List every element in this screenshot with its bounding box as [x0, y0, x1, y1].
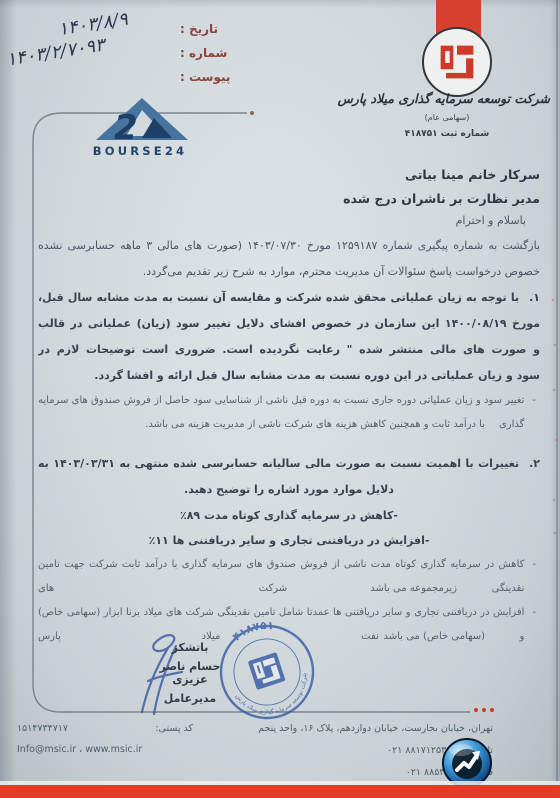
- item-1-marker: ۱.: [529, 285, 540, 311]
- footer-red-strip: [0, 785, 560, 798]
- highlight-line: -کاهش در سرمایه گذاری کوتاه مدت ۸۹٪: [38, 503, 540, 528]
- item-2-marker: ۲.: [529, 451, 540, 477]
- body-line: تغییرات با اهمیت نسبت به صورت مالی سالیا…: [38, 451, 519, 477]
- footer-contact-left: کد پستی: ۱۵۱۴۷۳۴۷۱۷ Info@msic.ir ، www.m…: [17, 719, 193, 761]
- red-dot: [474, 708, 478, 712]
- body-line: کاهش در سرمایه گذاری کوتاه مدت ناشی از ف…: [38, 553, 524, 577]
- scan-edge-left: [0, 0, 16, 798]
- scan-edge-line: [556, 0, 558, 798]
- numbered-item-2: ۲. تغییرات با اهمیت نسبت به صورت مالی سا…: [38, 451, 540, 477]
- numbered-item-1: ۱. با توجه به زیان عملیاتی محقق شده شرکت…: [38, 285, 540, 311]
- body-line: مورخ ۱۴۰۰/۰۸/۱۹ این سازمان در خصوص افشای…: [38, 311, 540, 337]
- body-note-line: - کاهش در سرمایه گذاری کوتاه مدت ناشی از…: [38, 553, 540, 577]
- footer-postal-row: کد پستی: ۱۵۱۴۷۳۴۷۱۷: [17, 719, 193, 739]
- body-line: تغییر سود و زیان عملیاتی دوره جاری نسبت …: [38, 389, 524, 413]
- body-line: با توجه به زیان عملیاتی محقق شده شرکت و …: [38, 285, 519, 311]
- red-dot: [482, 708, 486, 712]
- scan-edge-right: [550, 0, 560, 798]
- body-line: سود و زیان عملیاتی در این دوره نسبت به م…: [38, 363, 540, 389]
- company-logo: [422, 27, 492, 97]
- body-line: دلایل موارد مورد اشاره را توضیح دهید.: [38, 477, 540, 503]
- recipient-block: سرکار خانم مینا بیاتی مدیر نظارت بر ناشر…: [120, 167, 540, 227]
- company-type: (سهامی عام): [344, 113, 550, 122]
- body-note-line: - تغییر سود و زیان عملیاتی دوره جاری نسب…: [38, 389, 540, 413]
- stamp-center-logo-icon: [248, 652, 286, 690]
- attachment-label: پیوست :: [180, 70, 250, 84]
- highlight-line: -افزایش در دریافتنی تجاری و سایر دریافتن…: [38, 528, 540, 553]
- body-line: بازگشت به شماره پیگیری شماره ۱۲۵۹۱۸۷ مور…: [38, 233, 540, 259]
- date-label: تاریخ :: [180, 22, 250, 36]
- red-dot: [490, 708, 494, 712]
- dash-bullet: -: [532, 601, 536, 625]
- letter-body: بازگشت به شماره پیگیری شماره ۱۲۵۹۱۸۷ مور…: [38, 233, 540, 649]
- recipient-title: مدیر نظارت بر ناشران درج شده: [120, 191, 540, 206]
- bourse24-watermark: 2 BOURSE24: [84, 96, 196, 158]
- dash-bullet: -: [532, 553, 536, 577]
- number-label: شماره :: [180, 46, 250, 60]
- scanned-letter-page: شرکت توسعه سرمایه گذاری میلاد پارس (سهام…: [0, 0, 560, 798]
- body-line: و صورت های مالی منتشر شده " رعایت نگردید…: [38, 337, 540, 363]
- milad-pars-logo-icon: [437, 42, 477, 82]
- company-registration: شماره ثبت ۴۱۸۷۵۱: [344, 129, 550, 139]
- postal-code-label: کد پستی:: [155, 719, 193, 739]
- footer-email-web: Info@msic.ir ، www.msic.ir: [17, 739, 193, 761]
- postal-code-value: ۱۵۱۴۷۳۴۷۱۷: [17, 719, 68, 739]
- handwritten-number: ۱۴۰۳/۲/۷۰۹۳: [5, 34, 106, 70]
- bourse24-watermark-label: BOURSE24: [84, 144, 196, 158]
- company-name: شرکت توسعه سرمایه گذاری میلاد پارس: [344, 91, 550, 106]
- svg-text:2: 2: [114, 108, 138, 142]
- body-line: خصوص درخواست پاسخ سئوالات آن مدیریت محتر…: [38, 259, 540, 285]
- paragraph-gap: [38, 437, 540, 451]
- recipient-name: سرکار خانم مینا بیاتی: [120, 167, 540, 182]
- frame-end-dots: [474, 708, 494, 712]
- dash-bullet: -: [532, 389, 536, 413]
- body-note-line: با درآمد ثابت و همچنین کاهش هزینه های شر…: [38, 413, 540, 437]
- salutation: باسلام و احترام: [120, 214, 526, 227]
- bourse24-triangle-icon: 2: [84, 96, 196, 142]
